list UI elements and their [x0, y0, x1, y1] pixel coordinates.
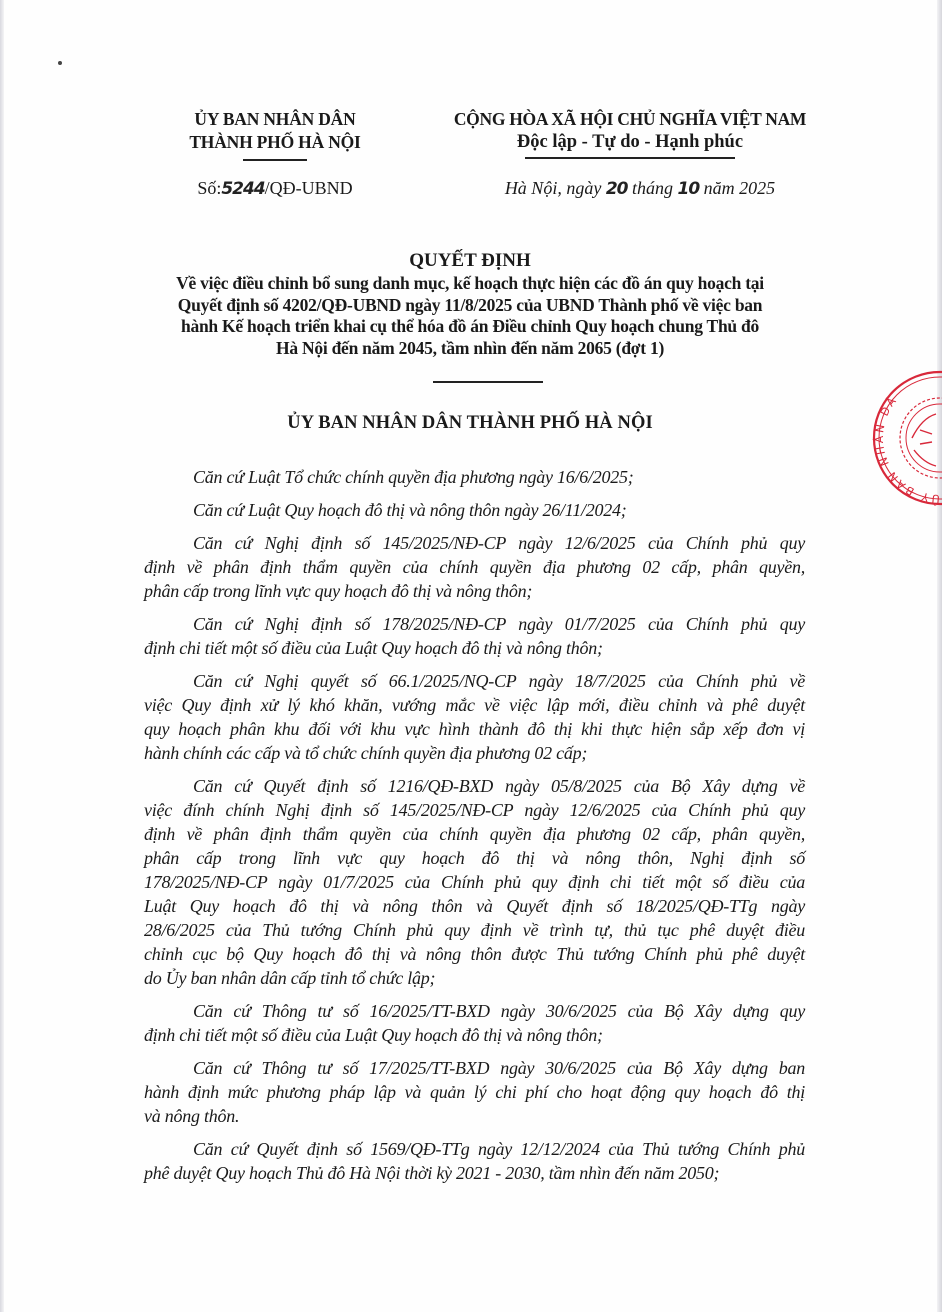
paragraph-line: Căn cứ Quyết định số 1569/QĐ-TTg ngày 12… — [193, 1137, 805, 1161]
svg-text:ỦY BAN NHÂN DÂ: ỦY BAN NHÂN DÂ — [873, 393, 940, 506]
document-number: Số:5244/QĐ-UBND — [170, 178, 380, 199]
paragraph-line: Căn cứ Luật Tổ chức chính quyền địa phươ… — [193, 465, 805, 489]
document-title: QUYẾT ĐỊNH — [150, 250, 790, 272]
scan-speck — [58, 61, 62, 65]
date-day-handwritten: 20 — [606, 179, 628, 199]
title-divider — [433, 381, 543, 383]
issuing-authority-underline — [243, 159, 307, 161]
issuing-authority-line2: THÀNH PHỐ HÀ NỘI — [170, 131, 380, 154]
legal-basis-paragraph: Căn cứ Luật Quy hoạch đô thị và nông thô… — [193, 498, 805, 522]
page-edge-right — [937, 0, 942, 1312]
issue-date: Hà Nội, ngày 20 tháng 10 năm 2025 — [440, 178, 840, 199]
issuing-authority: ỦY BAN NHÂN DÂN THÀNH PHỐ HÀ NỘI — [170, 108, 380, 161]
legal-basis-paragraph: Căn cứ Quyết định số 1216/QĐ-BXD ngày 05… — [193, 774, 805, 990]
national-motto: CỘNG HÒA XÃ HỘI CHỦ NGHĨA VIỆT NAM Độc l… — [430, 108, 830, 159]
seal-icon: ỦY BAN NHÂN DÂ — [862, 368, 942, 508]
date-middle: tháng — [627, 178, 677, 198]
paragraph-line: phê duyệt Quy hoạch Thủ đô Hà Nội thời k… — [144, 1161, 805, 1185]
legal-basis-section: Căn cứ Luật Tổ chức chính quyền địa phươ… — [193, 465, 805, 1194]
document-number-prefix: Số: — [197, 178, 221, 198]
motto: Độc lập - Tự do - Hạnh phúc — [430, 131, 830, 154]
document-number-suffix: /QĐ-UBND — [265, 178, 353, 198]
legal-basis-paragraph: Căn cứ Nghị định số 145/2025/NĐ-CP ngày … — [193, 531, 805, 603]
date-suffix: năm 2025 — [699, 178, 775, 198]
paragraph-line: định về phân định thẩm quyền của chính q… — [144, 555, 805, 579]
document-subject: Về việc điều chỉnh bổ sung danh mục, kế … — [150, 273, 790, 359]
page-edge-left — [0, 0, 4, 1312]
paragraph-line: Luật Quy hoạch đô thị và nông thôn và Qu… — [144, 894, 805, 918]
paragraph-line: phân cấp trong lĩnh vực quy hoạch đô thị… — [144, 846, 805, 870]
legal-basis-paragraph: Căn cứ Thông tư số 16/2025/TT-BXD ngày 3… — [193, 999, 805, 1047]
paragraph-line: 28/6/2025 của Thủ tướng Chính phủ quy đị… — [144, 918, 805, 942]
legal-basis-paragraph: Căn cứ Luật Tổ chức chính quyền địa phươ… — [193, 465, 805, 489]
paragraph-line: hành định mức phương pháp lập và quản lý… — [144, 1080, 805, 1104]
paragraph-line: việc đính chính Nghị định số 145/2025/NĐ… — [144, 798, 805, 822]
paragraph-line: Căn cứ Quyết định số 1216/QĐ-BXD ngày 05… — [193, 774, 805, 798]
motto-underline — [525, 157, 735, 159]
subject-line: Về việc điều chỉnh bổ sung danh mục, kế … — [150, 273, 790, 295]
paragraph-line: việc Quy định xử lý khó khăn, vướng mắc … — [144, 693, 805, 717]
legal-basis-paragraph: Căn cứ Thông tư số 17/2025/TT-BXD ngày 3… — [193, 1056, 805, 1128]
paragraph-line: Căn cứ Nghị quyết số 66.1/2025/NQ-CP ngà… — [193, 669, 805, 693]
paragraph-line: hành chính các cấp và tổ chức chính quyề… — [144, 741, 805, 765]
subject-line: Quyết định số 4202/QĐ-UBND ngày 11/8/202… — [150, 295, 790, 317]
national-title: CỘNG HÒA XÃ HỘI CHỦ NGHĨA VIỆT NAM — [430, 108, 830, 131]
document-page: ỦY BAN NHÂN DÂN THÀNH PHỐ HÀ NỘI CỘNG HÒ… — [0, 0, 942, 1312]
paragraph-line: Căn cứ Thông tư số 17/2025/TT-BXD ngày 3… — [193, 1056, 805, 1080]
legal-basis-paragraph: Căn cứ Nghị định số 178/2025/NĐ-CP ngày … — [193, 612, 805, 660]
paragraph-line: Căn cứ Luật Quy hoạch đô thị và nông thô… — [193, 498, 805, 522]
document-number-handwritten: 5244 — [221, 179, 264, 199]
subject-line: hành Kế hoạch triển khai cụ thể hóa đồ á… — [150, 316, 790, 338]
legal-basis-paragraph: Căn cứ Quyết định số 1569/QĐ-TTg ngày 12… — [193, 1137, 805, 1185]
seal-text: ỦY BAN NHÂN DÂ — [873, 393, 940, 506]
paragraph-line: Căn cứ Nghị định số 178/2025/NĐ-CP ngày … — [193, 612, 805, 636]
paragraph-line: 178/2025/NĐ-CP ngày 01/7/2025 của Chính … — [144, 870, 805, 894]
official-seal-stamp: ỦY BAN NHÂN DÂ — [862, 368, 942, 508]
subject-line: Hà Nội đến năm 2045, tầm nhìn đến năm 20… — [150, 338, 790, 360]
paragraph-line: do Ủy ban nhân dân cấp tỉnh tổ chức lập; — [144, 966, 805, 990]
date-month-handwritten: 10 — [678, 179, 700, 199]
paragraph-line: Căn cứ Nghị định số 145/2025/NĐ-CP ngày … — [193, 531, 805, 555]
date-prefix: Hà Nội, ngày — [505, 178, 606, 198]
issuing-authority-line1: ỦY BAN NHÂN DÂN — [170, 108, 380, 131]
paragraph-line: quy hoạch phân khu đối với khu vực hình … — [144, 717, 805, 741]
paragraph-line: định về phân định thẩm quyền của chính q… — [144, 822, 805, 846]
legal-basis-paragraph: Căn cứ Nghị quyết số 66.1/2025/NQ-CP ngà… — [193, 669, 805, 765]
paragraph-line: chỉnh cục bộ Quy hoạch đô thị và nông th… — [144, 942, 805, 966]
paragraph-line: phân cấp trong lĩnh vực quy hoạch đô thị… — [144, 579, 805, 603]
paragraph-line: Căn cứ Thông tư số 16/2025/TT-BXD ngày 3… — [193, 999, 805, 1023]
paragraph-line: định chi tiết một số điều của Luật Quy h… — [144, 636, 805, 660]
paragraph-line: và nông thôn. — [144, 1104, 805, 1128]
paragraph-line: định chi tiết một số điều của Luật Quy h… — [144, 1023, 805, 1047]
decision-authority: ỦY BAN NHÂN DÂN THÀNH PHỐ HÀ NỘI — [150, 413, 790, 434]
